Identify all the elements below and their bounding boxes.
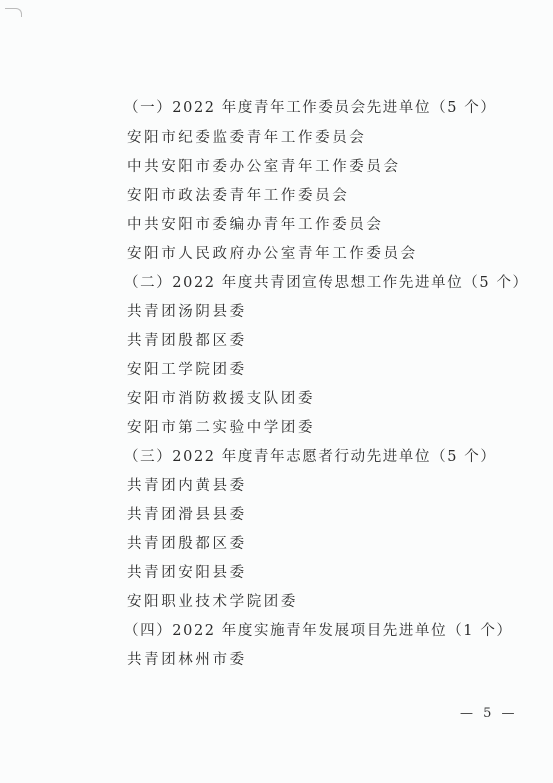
page-number: — 5 — [460, 706, 518, 721]
list-item: 安阳工学院团委 [127, 360, 247, 380]
list-item: 安阳市政法委青年工作委员会 [127, 186, 349, 206]
list-item: 中共安阳市委编办青年工作委员会 [127, 215, 384, 235]
list-item: 安阳市消防救援支队团委 [127, 389, 315, 409]
list-item: 共青团殷都区委 [127, 331, 247, 351]
list-item: 安阳市纪委监委青年工作委员会 [127, 128, 366, 148]
section-heading-1: （一）2022 年度青年工作委员会先进单位（5 个） [124, 98, 496, 118]
list-item: 共青团滑县县委 [127, 505, 247, 525]
list-item: 安阳市第二实验中学团委 [127, 418, 315, 438]
list-item: 共青团内黄县委 [127, 476, 247, 496]
list-item: 中共安阳市委办公室青年工作委员会 [127, 157, 401, 177]
page-corner-mark [5, 8, 22, 17]
list-item: 共青团殷都区委 [127, 534, 247, 554]
list-item: 安阳市人民政府办公室青年工作委员会 [127, 244, 418, 264]
list-item: 安阳职业技术学院团委 [127, 592, 298, 612]
section-heading-3: （三）2022 年度青年志愿者行动先进单位（5 个） [124, 447, 496, 467]
section-heading-4: （四）2022 年度实施青年发展项目先进单位（1 个） [124, 621, 513, 641]
list-item: 共青团汤阴县委 [127, 302, 247, 322]
section-heading-2: （二）2022 年度共青团宣传思想工作先进单位（5 个） [124, 273, 529, 293]
list-item: 共青团林州市委 [127, 650, 247, 670]
list-item: 共青团安阳县委 [127, 563, 247, 583]
